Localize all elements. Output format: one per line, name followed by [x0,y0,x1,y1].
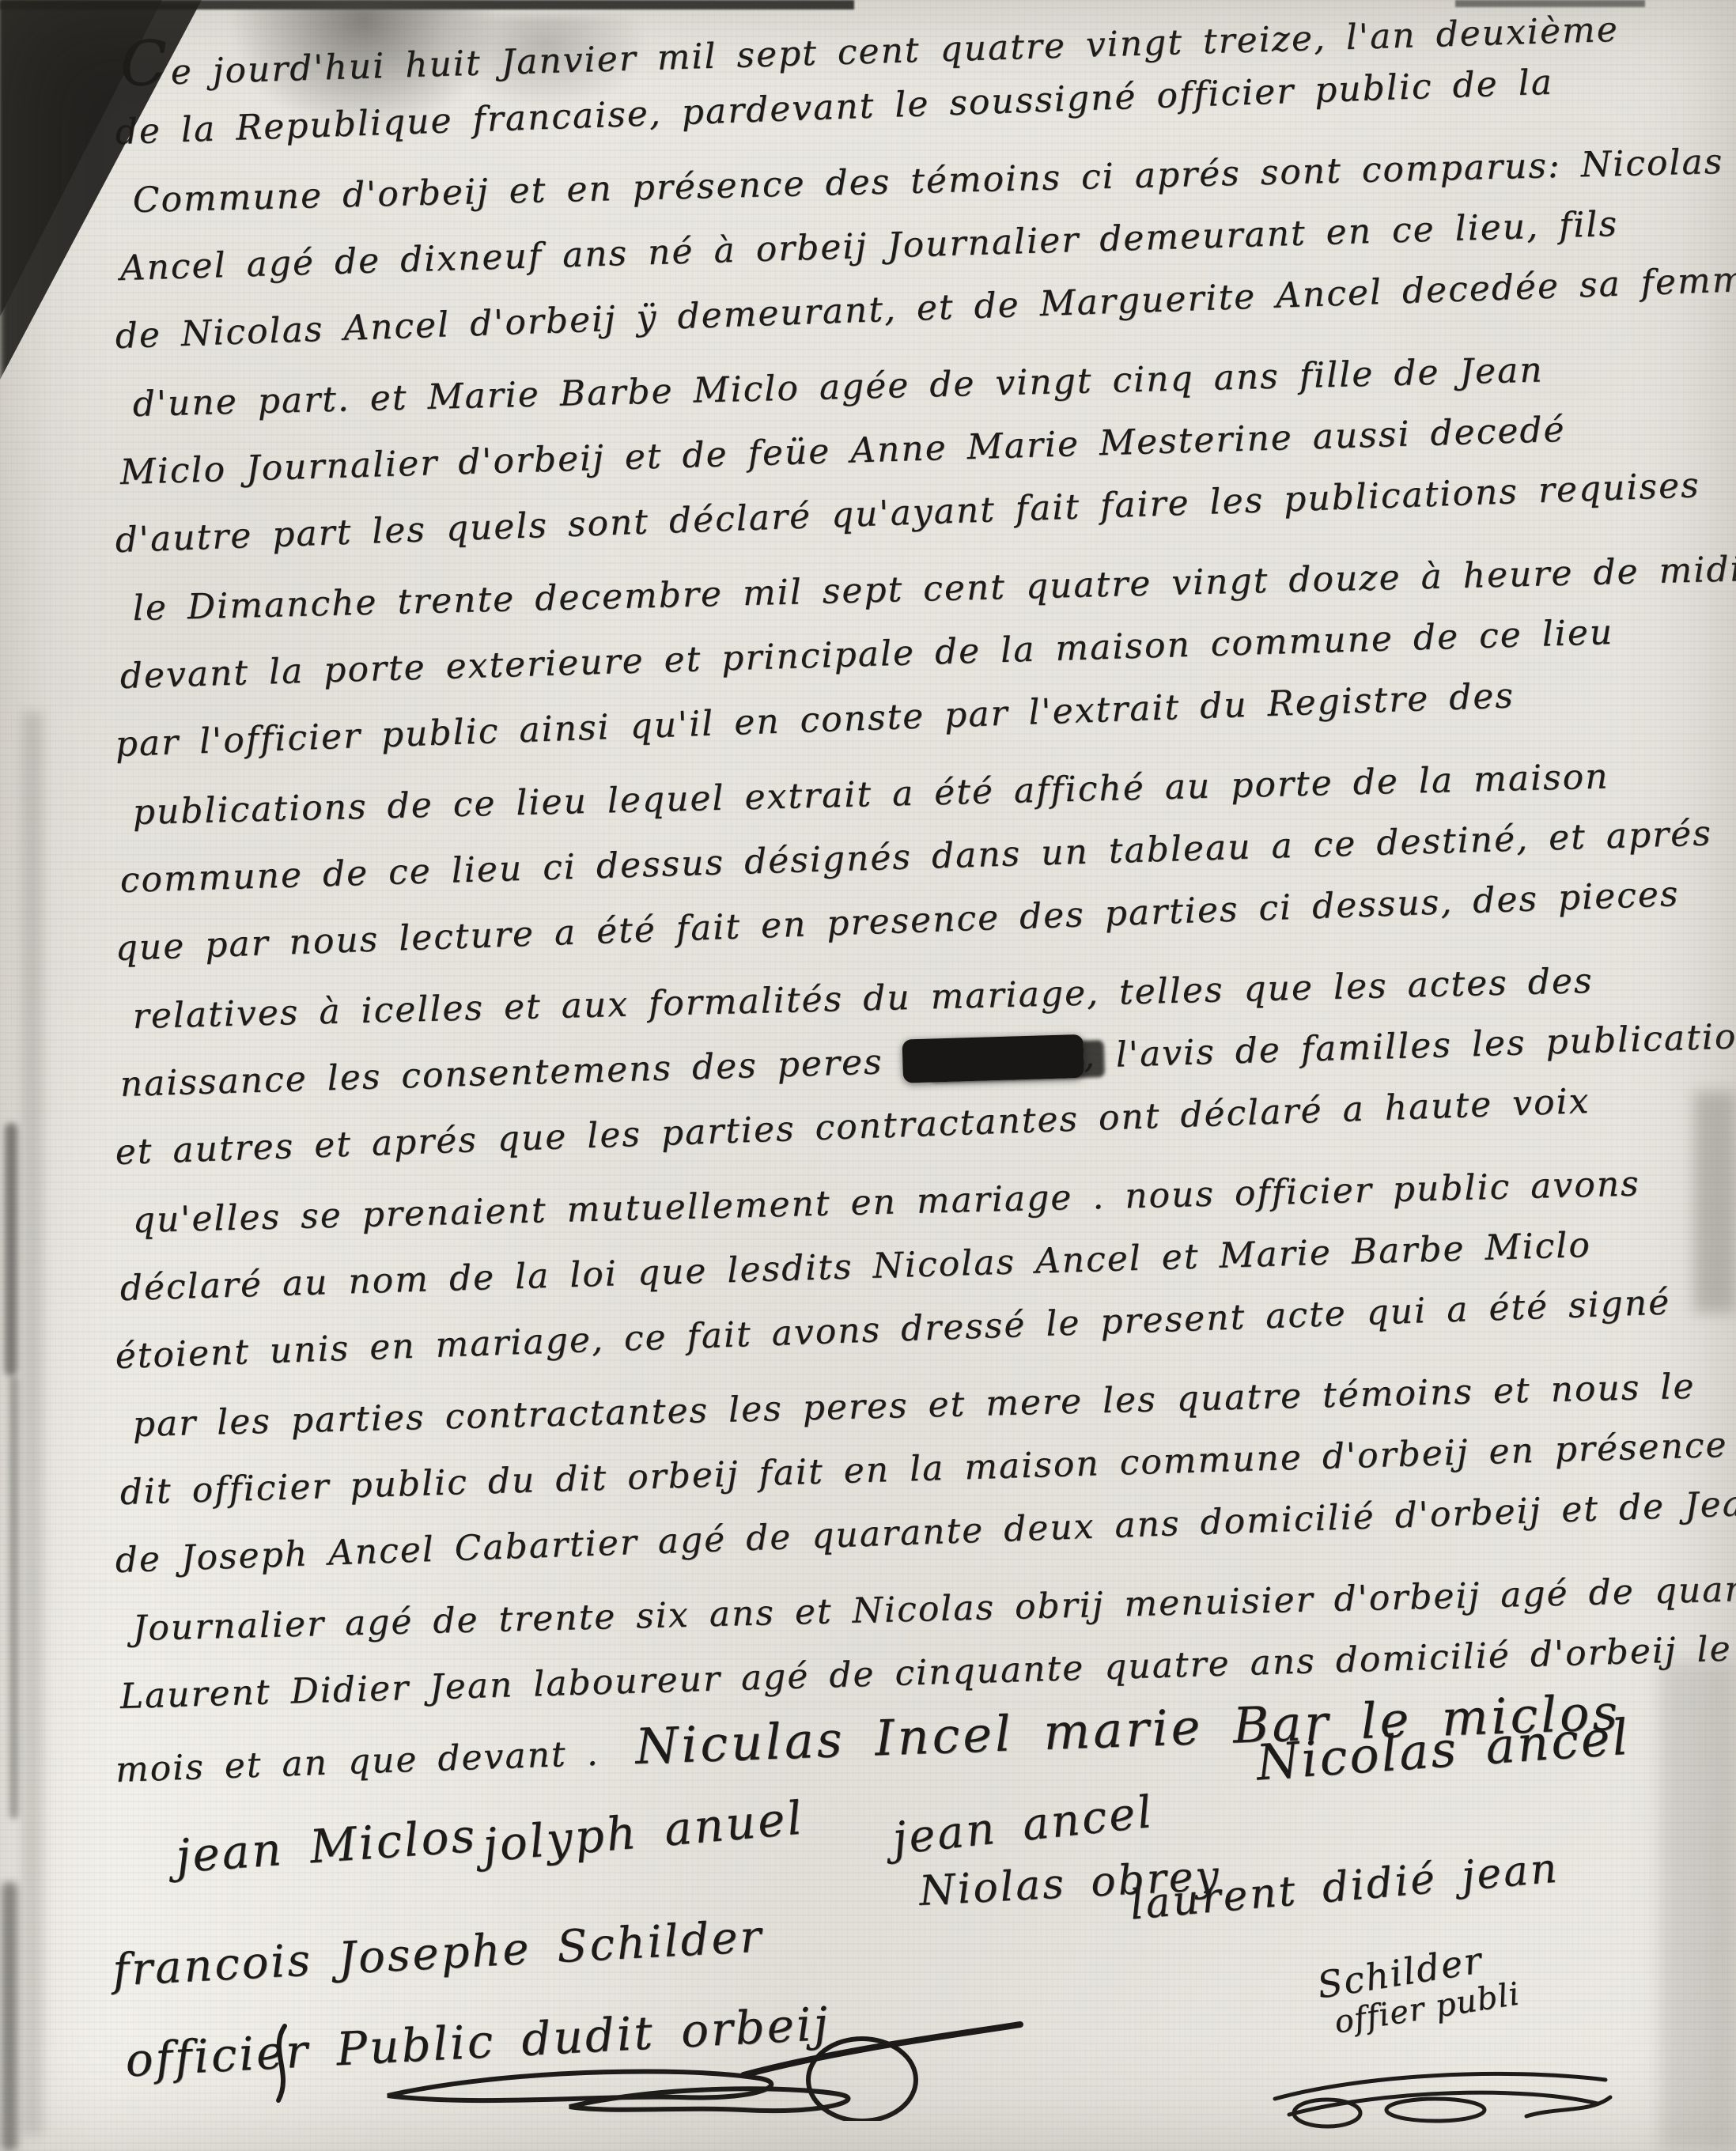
closing-text: mois et an que devant . [115,1733,599,1790]
paraph-flourish [237,2018,1028,2121]
crossed-out-word: et aussi [902,1034,1084,1083]
schilder-scribble-flourish [1265,2040,1621,2135]
signature-schilder-paraph: Schilder offier publi [1314,1934,1522,2043]
text-after-blot: , l'avis de familles les publications [1083,1015,1736,1076]
left-margin-streak [2,1882,17,2151]
handwritten-body: Ce jourd'hui huit Janvier mil sept cent … [0,36,1736,1805]
scan-edge-top-left [0,0,854,9]
signature-jean-miclos: jean Miclos [174,1809,478,1883]
scanned-marriage-record-page: Ce jourd'hui huit Janvier mil sept cent … [0,0,1736,2151]
signature-francois-joseph-schilder: francois Josephe Schilder [112,1911,765,1996]
